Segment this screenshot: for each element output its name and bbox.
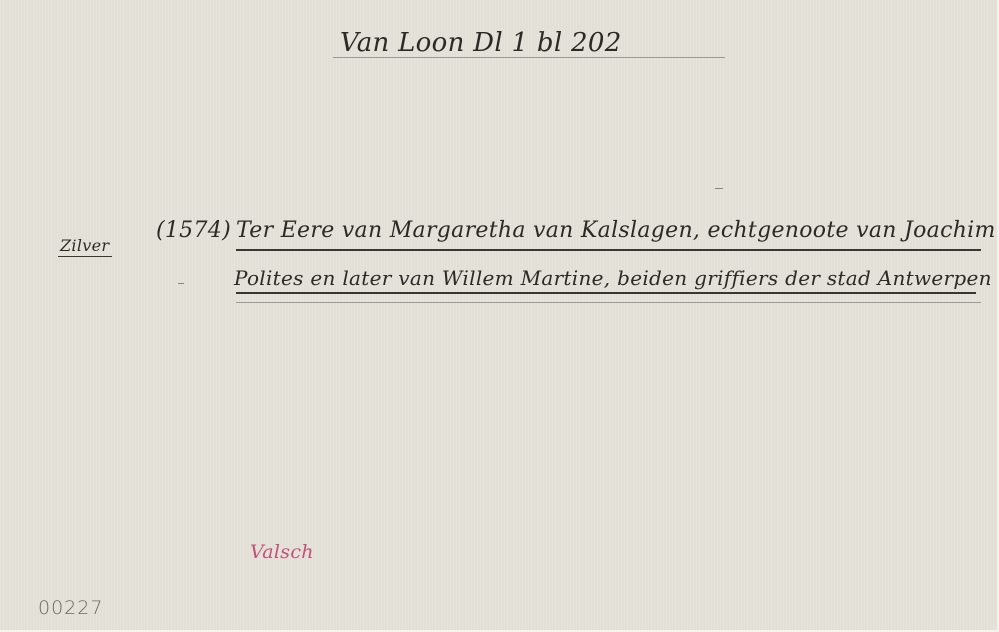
header-reference: Van Loon Dl 1 bl 202 xyxy=(340,28,622,58)
entry-year: (1574) xyxy=(156,218,231,243)
ruled-line xyxy=(236,302,981,303)
pencil-dash xyxy=(178,283,184,284)
category-label: Zilver xyxy=(60,236,109,255)
entry-line-2-underline xyxy=(236,292,976,294)
index-card: Van Loon Dl 1 bl 202 Zilver (1574) Ter E… xyxy=(0,0,999,632)
annotation-valsch: Valsch xyxy=(250,541,314,563)
pencil-mark xyxy=(715,188,723,189)
entry-line-1: Ter Eere van Margaretha van Kalslagen, e… xyxy=(236,218,996,243)
inventory-number: 00227 xyxy=(38,597,103,619)
entry-line-1-underline xyxy=(236,249,981,251)
entry-line-2: Polites en later van Willem Martine, bei… xyxy=(234,266,992,290)
header-rule xyxy=(333,57,725,58)
category-underline xyxy=(58,256,112,257)
